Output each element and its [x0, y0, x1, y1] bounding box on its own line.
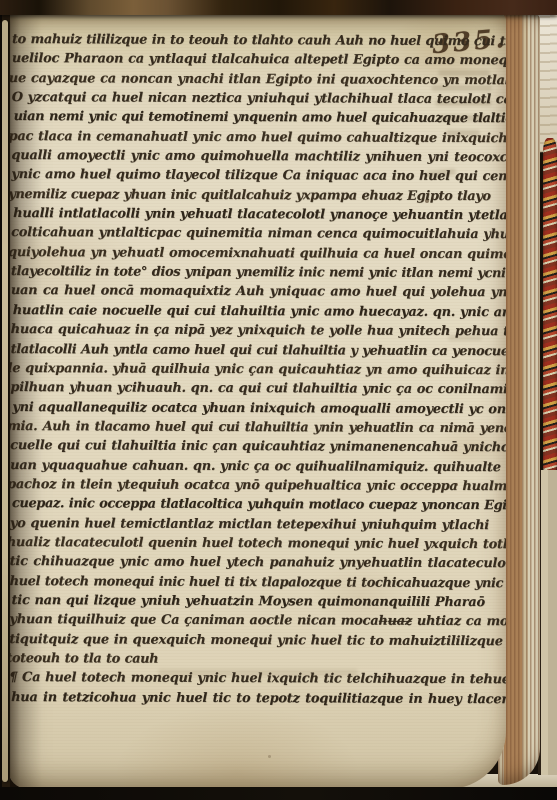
- manuscript-line: yo quenin huel temictlantlaz mictlan tet…: [10, 514, 502, 535]
- manuscript-line: to mahuiz tililizque in to teouh to tlah…: [12, 30, 504, 51]
- manuscript-line: colticahuan yntlalticpac quinemitia nima…: [11, 223, 503, 244]
- manuscript-line: ue cayazque ca noncan ynachi itlan Egipt…: [9, 69, 504, 91]
- manuscript-line: ueliloc Pharaon ca yntlaqui tlalcahuica …: [12, 49, 504, 70]
- manuscript-line: uan yquaquahue cahuan. qn. ynic ça oc qu…: [10, 456, 502, 477]
- manuscript-line: ynemiliz cuepaz yhuan inic quitlalcahuiz…: [8, 185, 503, 207]
- manuscript-line: pac tlaca in cemanahuatl ynic amo huel q…: [8, 127, 503, 149]
- manuscript-line: uan ca huel oncā momaquixtiz Auh yniquac…: [11, 281, 503, 302]
- manuscript-line: qualli amoyectli ynic amo quimohuella ma…: [11, 146, 503, 167]
- right-page-edges: [538, 470, 557, 775]
- manuscript-line: huatlin caie nocuelle qui cui tlahuiltia…: [13, 301, 503, 322]
- manuscript-line: hualiz tlacateculotl quenin huel totech …: [8, 533, 502, 555]
- facing-page-edge: [2, 20, 8, 782]
- manuscript-line: tic nan qui lizque yniuh yehuatzin Moyse…: [11, 591, 501, 612]
- manuscript-line: cuelle qui cui tlahuiltia inic çan quica…: [10, 436, 502, 457]
- manuscript-line: quiyolehua yn yehuatl omocemixnahuati qu…: [8, 243, 503, 265]
- manuscript-line: ynic amo huel quimo tlayecol tilizque Ca…: [11, 165, 503, 186]
- manuscript-line: uian nemi ynic qui temotinemi ynquenin a…: [14, 107, 504, 128]
- manuscript-line: toteouh to tla to cauh: [8, 649, 501, 671]
- manuscript-line: le quixpannia. yhuā quilhuia ynic çan qu…: [8, 359, 503, 381]
- manuscript-line: ¶ Ca huel totech monequi ynic huel ixqui…: [9, 668, 501, 689]
- manuscript-line: tiquitquiz que in quexquich monequi ynic…: [9, 630, 501, 651]
- manuscript-line: yhuan tiquilhuiz que Ca çaniman aoctle n…: [9, 610, 501, 631]
- manuscript-line: O yzcatqui ca huel nican neztica yniuhqu…: [12, 88, 504, 109]
- manuscript-line: tic chihuazque ynic amo huel ytech panah…: [10, 552, 502, 573]
- leather-binding-top: [0, 0, 557, 15]
- manuscript-line: pilhuan yhuan ycihuauh. qn. ca qui cui t…: [10, 378, 502, 399]
- manuscript-line: yni aquallanequiliz ocatca yhuan inixqui…: [12, 398, 502, 419]
- leather-binding-bottom: [0, 787, 557, 800]
- manuscript-line: tlayecoltiliz in tote° dios ynipan ynemi…: [11, 262, 503, 283]
- manuscript-line: mia. Auh in tlacamo huel qui cui tlahuil…: [8, 417, 502, 439]
- manuscript-line: hua in tetzicohua ynic huel tic to tepot…: [11, 688, 501, 709]
- manuscript-line: cuepaz. inic occeppa tlatlacoltica yuhqu…: [12, 494, 502, 515]
- manuscript-page: 335. to mahuiz tililizque in to teouh to…: [8, 13, 506, 789]
- manuscript-line: hualli intlatlacolli ynin yehuatl tlacat…: [13, 204, 503, 225]
- ink-speck: [268, 755, 271, 758]
- manuscript-line: huel totech monequi inic huel ti tix tla…: [10, 572, 502, 593]
- manuscript-line: tlatlacolli Auh yntla camo huel qui cui …: [11, 339, 503, 360]
- manuscript-text-block: to mahuiz tililizque in to teouh to tlah…: [9, 30, 504, 709]
- manuscript-photo: 335. to mahuiz tililizque in to teouh to…: [0, 0, 557, 800]
- manuscript-line: pachoz in tlein ytequiuh ocatca ynō quip…: [8, 475, 502, 497]
- manuscript-line: huaca quicahuaz in ça nipā yez ynixquich…: [11, 320, 503, 341]
- marbled-endpaper-edge: [543, 138, 557, 478]
